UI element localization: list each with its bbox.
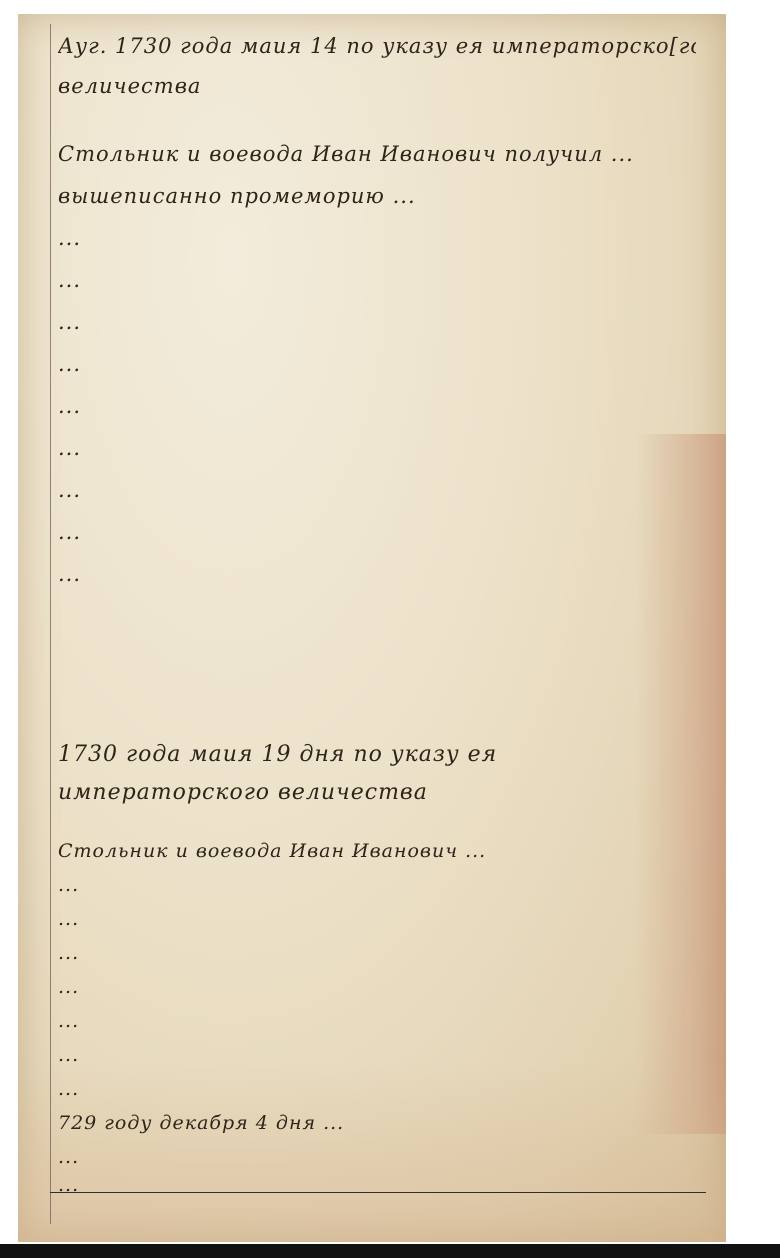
text-line: ...	[58, 1146, 696, 1168]
text-line: 729 году декабря 4 дня ...	[58, 1112, 696, 1134]
text-line: ...	[58, 268, 696, 292]
header-line: Ауг. 1730 года маия 14 по указу ея импер…	[58, 34, 696, 58]
text-line: Стольник и воевода Иван Иванович ...	[58, 840, 696, 862]
text-line: ...	[58, 394, 696, 418]
text-line: ...	[58, 976, 696, 998]
text-line: ...	[58, 1010, 696, 1032]
text-line: ...	[58, 942, 696, 964]
text-line: ...	[58, 562, 696, 586]
text-line: ...	[58, 874, 696, 896]
text-line: ...	[58, 1044, 696, 1066]
text-line: ...	[58, 436, 696, 460]
text-line: ...	[58, 1078, 696, 1100]
text-line: ...	[58, 478, 696, 502]
end-rule	[50, 1192, 706, 1193]
text-line: ...	[58, 352, 696, 376]
text-line: вышеписанно промеморию ...	[58, 184, 696, 208]
text-line: ...	[58, 520, 696, 544]
scan-edge	[0, 1244, 780, 1258]
text-line: ...	[58, 226, 696, 250]
margin-rule	[50, 24, 51, 1224]
entry-heading: императорского величества	[58, 780, 696, 805]
text-line: ...	[58, 310, 696, 334]
text-line: Стольник и воевода Иван Иванович получил…	[58, 142, 696, 166]
header-line: величества	[58, 74, 696, 98]
manuscript-page: Ауг. 1730 года маия 14 по указу ея импер…	[18, 14, 726, 1242]
text-line: ...	[58, 908, 696, 930]
entry-heading: 1730 года маия 19 дня по указу ея	[58, 742, 696, 767]
